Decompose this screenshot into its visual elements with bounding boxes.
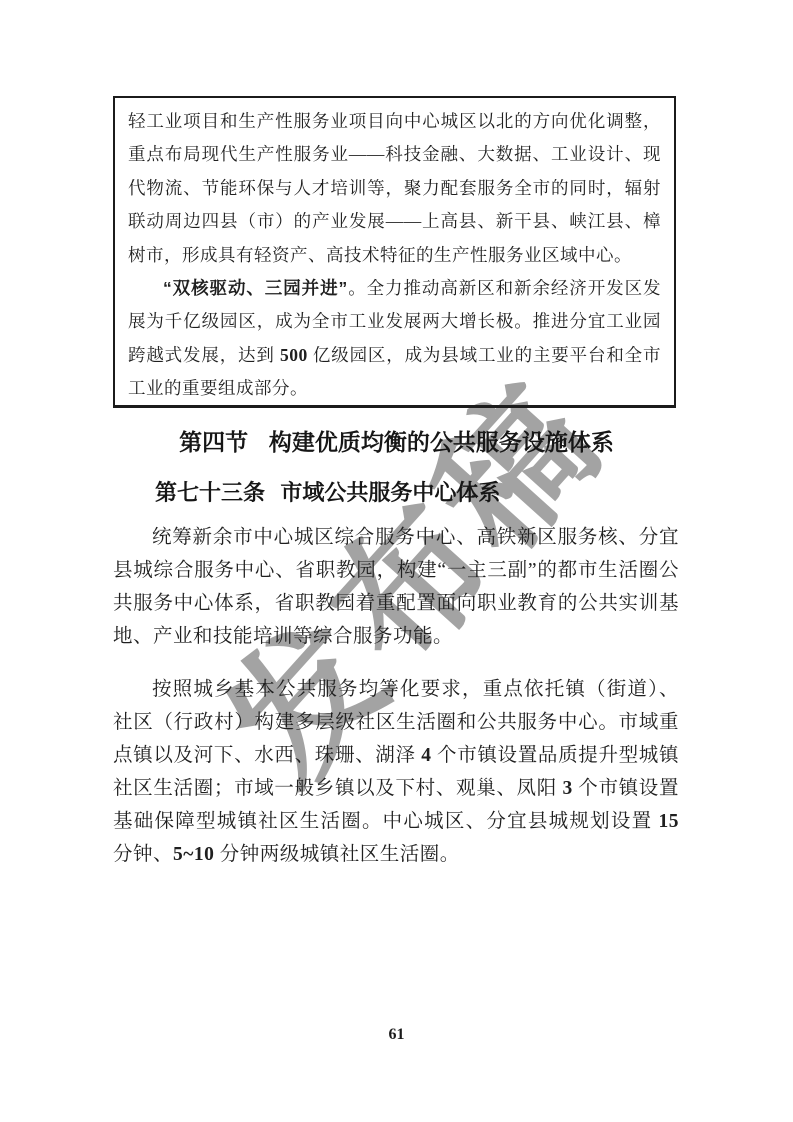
section-heading-label: 第四节 <box>179 429 248 455</box>
box-paragraph-1: 轻工业项目和生产性服务业项目向中心城区以北的方向优化调整，重点布局现代生产性服务… <box>128 105 661 272</box>
body-paragraph-2-number-3: 15 <box>659 811 680 832</box>
document-page: 发布稿 轻工业项目和生产性服务业项目向中心城区以北的方向优化调整，重点布局现代生… <box>0 0 793 1122</box>
body-paragraph-2-number-1: 4 <box>421 745 431 766</box>
article-heading-label: 第七十三条 <box>155 480 265 505</box>
page-number: 61 <box>0 1026 793 1044</box>
article-heading-title: 市域公共服务中心体系 <box>280 480 500 505</box>
box-paragraph-2-lead: “双核驱动、三园并进” <box>163 278 348 298</box>
body-paragraph-2-number-4: 5~10 <box>173 844 214 865</box>
section-heading-title: 构建优质均衡的公共服务设施体系 <box>269 429 614 455</box>
box-paragraph-2-number: 500 <box>280 345 308 365</box>
section-heading: 第四节构建优质均衡的公共服务设施体系 <box>0 424 793 457</box>
body-paragraph-2: 按照城乡基本公共服务均等化要求，重点依托镇（街道）、社区（行政村）构建多层级社区… <box>113 673 679 871</box>
body-paragraph-2-text-d: 分钟、 <box>113 844 173 865</box>
box-paragraph-2: “双核驱动、三园并进”。全力推动高新区和新余经济开发区发展为千亿级园区，成为全市… <box>128 272 661 406</box>
article-heading: 第七十三条市域公共服务中心体系 <box>155 476 500 507</box>
body-paragraph-2-number-2: 3 <box>562 778 572 799</box>
callout-box: 轻工业项目和生产性服务业项目向中心城区以北的方向优化调整，重点布局现代生产性服务… <box>113 96 676 408</box>
body-paragraph-1: 统筹新余市中心城区综合服务中心、高铁新区服务核、分宜县城综合服务中心、省职教园，… <box>113 521 679 653</box>
body-paragraph-2-text-e: 分钟两级城镇社区生活圈。 <box>214 844 459 865</box>
page-content: 轻工业项目和生产性服务业项目向中心城区以北的方向优化调整，重点布局现代生产性服务… <box>0 0 793 1122</box>
